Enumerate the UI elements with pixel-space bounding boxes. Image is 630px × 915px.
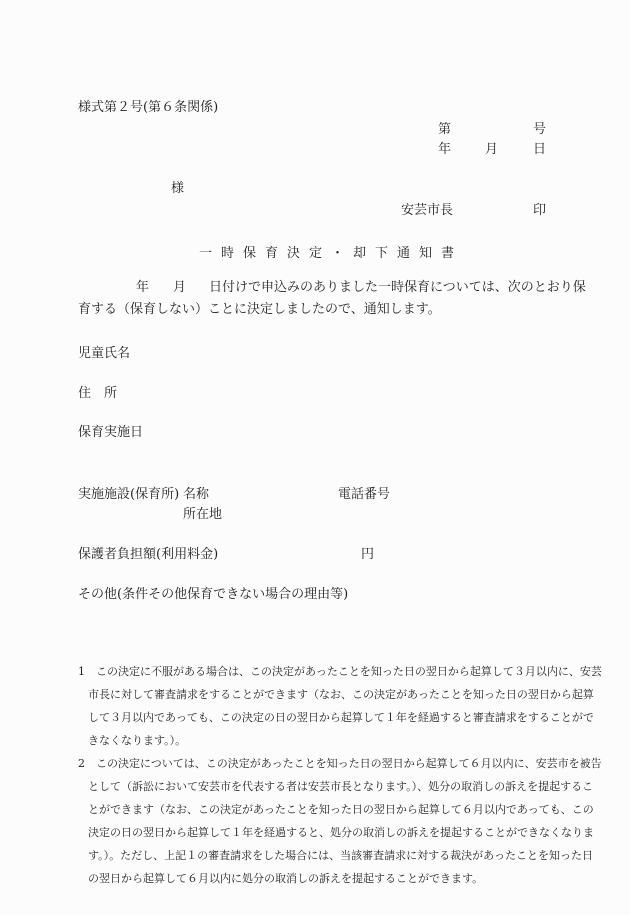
notes-section: 1 この決定に不服がある場合は、この決定があったことを知った日の翌日から起算して… — [78, 660, 558, 890]
facility-name-label: 名称 — [183, 487, 209, 503]
child-name-label: 児童氏名 — [78, 346, 130, 362]
note-number: 1 — [78, 660, 85, 683]
note-line: この決定に不服がある場合は、この決定があったことを知った日の翌日から起算して３月… — [78, 660, 558, 683]
seal-mark: 印 — [533, 203, 546, 219]
note-line: 決定の日の翌日から起算して１年を経過すると、処分の取消しの訴えを提起することがで… — [78, 821, 558, 844]
note-number: 2 — [78, 752, 85, 775]
care-date-label: 保育実施日 — [78, 425, 143, 441]
address-label: 住 所 — [78, 386, 117, 402]
body-line-2: 育する（保育しない）ことに決定しましたので、通知します。 — [78, 302, 441, 318]
document-title: 一時保育決定・却下通知書 — [199, 242, 463, 261]
body-date-year: 年 — [136, 280, 149, 296]
note-line: きなくなります。）。 — [78, 729, 558, 752]
body-line-1: 日付けで申込みのありました一時保育については、次のとおり保 — [209, 280, 586, 296]
note-line: この決定については、この決定があったことを知った日の翌日から起算して６月以内に、… — [78, 752, 558, 775]
body-date-month: 月 — [173, 280, 186, 296]
date-day-label: 日 — [533, 142, 546, 158]
note-item-1: 1 この決定に不服がある場合は、この決定があったことを知った日の翌日から起算して… — [78, 660, 558, 752]
fee-unit: 円 — [361, 547, 374, 563]
facility-label: 実施施設(保育所) — [78, 487, 179, 503]
facility-location-label: 所在地 — [183, 507, 222, 523]
fee-label: 保護者負担額(利用料金) — [78, 547, 218, 563]
note-line: す。）。ただし、上記１の審査請求をした場合には、当該審査請求に対する裁決があった… — [78, 844, 558, 867]
note-item-2: 2 この決定については、この決定があったことを知った日の翌日から起算して６月以内… — [78, 752, 558, 890]
note-line: して３月以内であっても、この決定の日の翌日から起算して１年を経過すると審査請求を… — [78, 706, 558, 729]
form-number: 様式第２号(第６条関係) — [78, 100, 218, 116]
addressee-suffix: 様 — [171, 181, 184, 197]
other-label: その他(条件その他保育できない場合の理由等) — [78, 587, 348, 603]
date-month-label: 月 — [485, 142, 498, 158]
note-line: として（訴訟において安芸市を代表する者は安芸市長となります。）、処分の取消しの訴… — [78, 775, 558, 798]
note-line: の翌日から起算して６月以内に処分の取消しの訴えを提起することができます。 — [78, 867, 558, 890]
issuer-name: 安芸市長 — [401, 203, 453, 219]
note-line: とができます（なお、この決定があったことを知った日の翌日から起算して６月以内であ… — [78, 798, 558, 821]
note-line: 市長に対して審査請求をすることができます（なお、この決定があったことを知った日の… — [78, 683, 558, 706]
doc-number-suffix: 号 — [533, 122, 546, 138]
facility-phone-label: 電話番号 — [338, 487, 390, 503]
doc-number-prefix: 第 — [438, 122, 451, 138]
date-year-label: 年 — [438, 142, 451, 158]
